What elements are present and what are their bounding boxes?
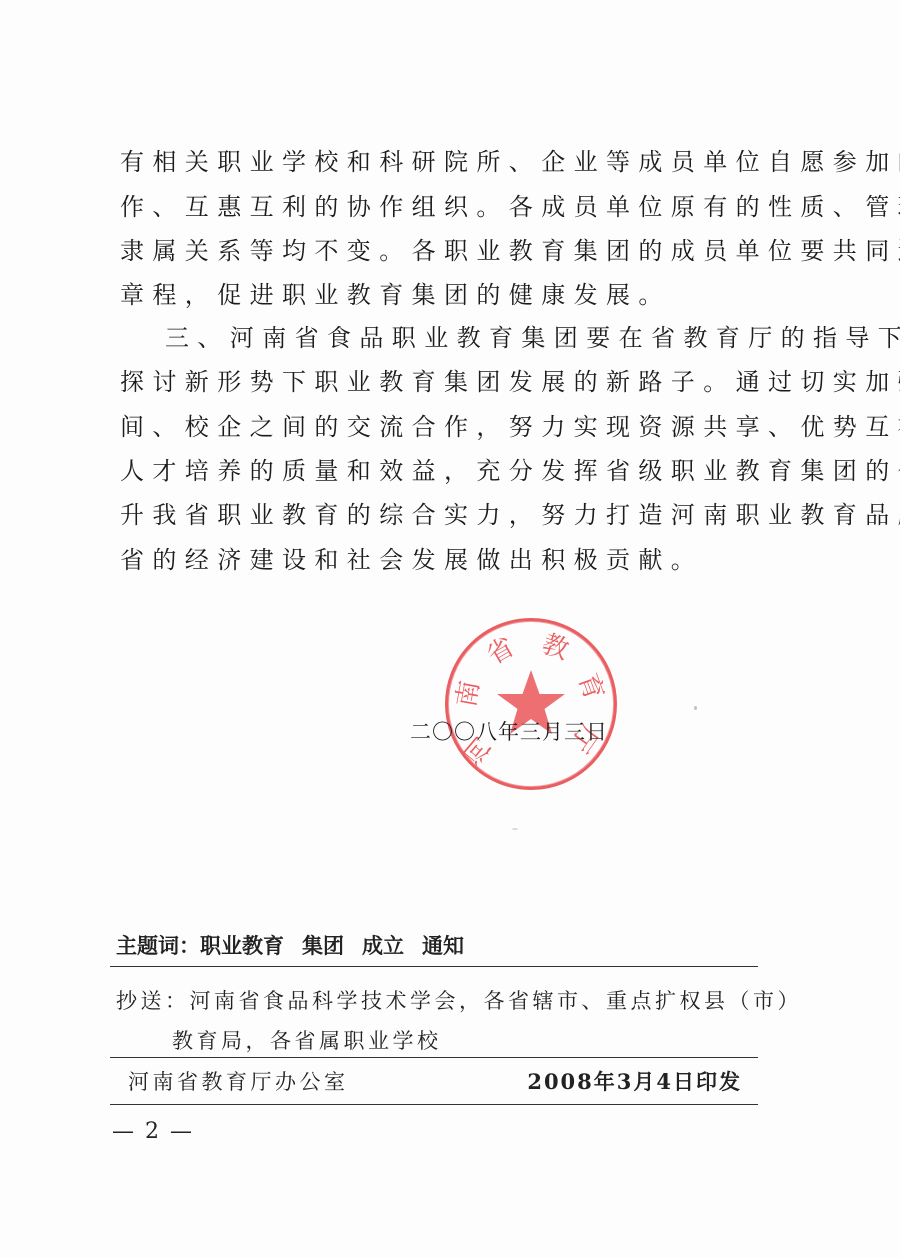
body-text-line: 人才培养的质量和效益，充分发挥省级职业教育集团的优势，提 <box>120 449 768 493</box>
body-text-line: 省的经济建设和社会发展做出积极贡献。 <box>120 538 768 582</box>
cc-line: 抄送：河南省食品科学技术学会，各省辖市、重点扩权县（市） <box>116 981 802 1021</box>
seal-char: 教 <box>538 629 573 666</box>
keyword: 集团 <box>302 934 344 958</box>
body-text-line: 探讨新形势下职业教育集团发展的新路子。通过切实加强学校之 <box>120 360 768 404</box>
official-seal: 河 南 省 教 育 厅 <box>445 618 617 790</box>
document-page: 有相关职业学校和科研院所、企业等成员单位自愿参加的平等合 作、互惠互利的协作组织… <box>0 0 900 1258</box>
body-text-line: 章程，促进职业教育集团的健康发展。 <box>120 273 768 317</box>
body-text-line: 隶属关系等均不变。各职业教育集团的成员单位要共同遵守集团 <box>120 229 768 273</box>
seal-char: 南 <box>451 678 485 709</box>
seal-char: 育 <box>572 669 609 704</box>
body-text-line: 三、河南省食品职业教育集团要在省教育厅的指导下，积极 <box>165 316 768 360</box>
cc-label: 抄送： <box>116 989 190 1013</box>
subject-keywords: 主题词：职业教育集团成立通知 <box>116 930 482 962</box>
cc-line-continued: 教育局，各省属职业学校 <box>172 1021 442 1061</box>
body-text-line: 升我省职业教育的综合实力，努力打造河南职业教育品牌，为我 <box>120 493 768 537</box>
print-date: 2008年3月4日印发 <box>527 1064 742 1100</box>
cc-recipients: 河南省食品科学技术学会，各省辖市、重点扩权县（市） <box>190 989 803 1013</box>
scan-speck <box>512 828 518 830</box>
body-text-line: 间、校企之间的交流合作，努力实现资源共享、优势互补，提高 <box>120 405 768 449</box>
divider-rule <box>110 1104 758 1105</box>
body-text-line: 有相关职业学校和科研院所、企业等成员单位自愿参加的平等合 <box>120 140 768 184</box>
keyword: 职业教育 <box>200 934 284 958</box>
signature-date: 二〇〇八年三月三日 <box>410 717 608 747</box>
seal-graphic: 河 南 省 教 育 厅 <box>445 618 617 790</box>
keyword: 成立 <box>362 934 404 958</box>
body-text-line: 作、互惠互利的协作组织。各成员单位原有的性质、管理体制、 <box>120 185 768 229</box>
keywords-label: 主题词： <box>116 934 200 958</box>
issuing-office: 河南省教育厅办公室 <box>128 1064 349 1100</box>
page-number: — 2 — <box>112 1116 194 1148</box>
scan-speck <box>694 706 697 710</box>
keyword: 通知 <box>422 934 464 958</box>
divider-rule <box>110 966 758 967</box>
divider-rule <box>110 1057 758 1058</box>
seal-char: 省 <box>482 632 520 671</box>
